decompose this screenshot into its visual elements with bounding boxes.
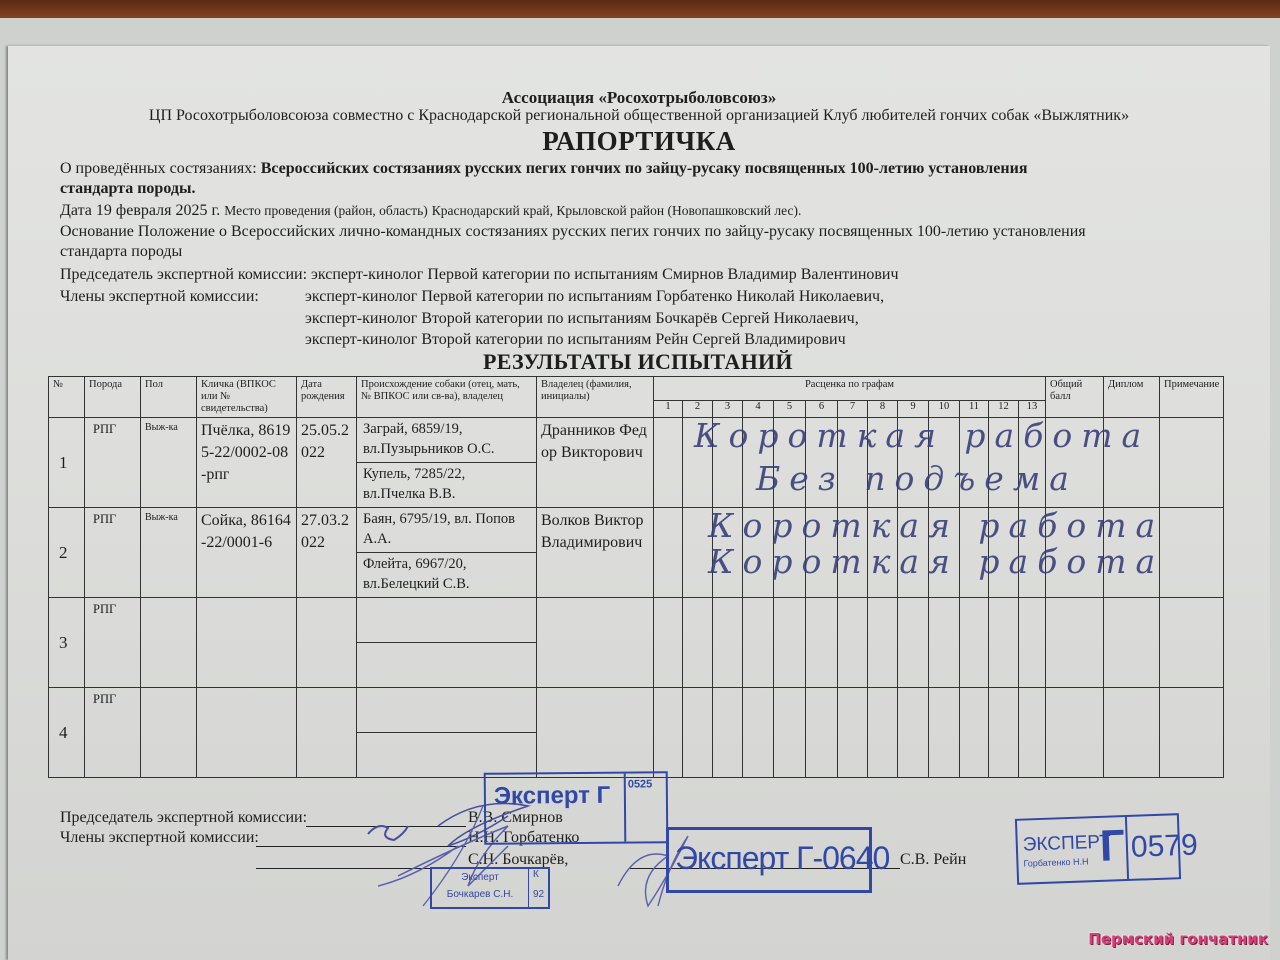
grade-column-number: 12 [989,400,1019,417]
cell-grade [654,508,683,598]
chairman-value: эксперт-кинолог Первой категории по испы… [311,266,899,283]
cell-total [1046,688,1104,778]
header-row: № Порода Пол Кличка (ВПКОС или № свидете… [49,377,1224,401]
stamp-0579-number: 0579 [1125,815,1199,879]
cell-sire [357,688,537,733]
cell-notes [1160,598,1224,688]
grade-column-number: 8 [868,400,898,417]
cell-grade [806,688,838,778]
place-label: Место проведения (район, область) [224,203,427,218]
cell-sex: Выж-ка [141,418,197,508]
stamp-k92-line1: Эксперт [440,872,520,883]
cell-birth-date: 25.05.2022 [297,418,357,508]
cell-row-number: 1 [49,418,85,508]
grade-column-number: 4 [743,400,774,417]
cell-sex [141,688,197,778]
cell-grade [713,598,743,688]
grade-column-number: 13 [1019,400,1046,417]
cell-grade [774,598,806,688]
table-row: 3РПГ [49,598,1224,643]
col-header-notes: Примечание [1160,377,1224,418]
grade-column-number: 7 [838,400,868,417]
member-2: эксперт-кинолог Второй категории по испы… [305,310,859,328]
event-label: О проведённых состязаниях: [60,160,257,177]
cell-sire: Заграй, 6859/19, вл.Пузырьников О.С. [357,418,537,463]
col-header-sex: Пол [141,377,197,418]
grade-column-number: 3 [713,400,743,417]
handwritten-note-row1-line2: Без подъема [756,459,1078,498]
cell-row-number: 4 [49,688,85,778]
event-name-cont: стандарта породы. [60,180,195,198]
cell-dog-name [197,598,297,688]
cell-grade [683,598,713,688]
sign-members-label: Члены экспертной комиссии: [60,829,259,847]
member-3: эксперт-кинолог Второй категории по испы… [305,331,846,349]
results-heading: РЕЗУЛЬТАТЫ ИСПЫТАНИЙ [483,349,793,375]
handwritten-note-row2-line2: Короткая работа [708,542,1164,581]
basis-line: Основание Положение о Всероссийских личн… [60,223,1086,241]
stamp-expert-k92: Эксперт Бочкарев С.Н. К 92 [430,867,550,909]
cell-owner: Дранников Федор Викторович [537,418,654,508]
cell-grade [654,688,683,778]
stamp-0525-number: 0525 [624,773,653,841]
col-header-owner: Владелец (фамилия, инициалы) [537,377,654,418]
cell-grade [929,688,960,778]
chairman-line: Председатель экспертной комиссии: экспер… [60,266,899,284]
stamp-0579-line1: ЭКСПЕРТ [1022,832,1111,857]
cell-dog-name: Пчёлка, 86195-22/0002-08-рпг [197,418,297,508]
cell-grade [868,598,898,688]
date-place-line: Дата 19 февраля 2025 г. Место проведения… [60,202,801,220]
cell-dog-name: Сойка, 86164-22/0001-6 [197,508,297,598]
organization-subtitle: ЦП Росохотрыболовсоюза совместно с Красн… [8,107,1270,125]
stamp-k92-letter: К [528,869,539,907]
stamp-expert-0525: Эксперт Г 0525 [484,771,669,845]
cell-dam: Флейта, 6967/20, вл.Белецкий С.В. [357,553,537,598]
member-1: эксперт-кинолог Первой категории по испы… [305,288,884,306]
grade-column-number: 5 [774,400,806,417]
cell-dog-name [197,688,297,778]
grade-column-number: 2 [683,400,713,417]
cell-owner [537,598,654,688]
cell-birth-date [297,688,357,778]
cell-grade [683,688,713,778]
cell-grade [774,688,806,778]
chairman-label: Председатель экспертной комиссии: [60,266,307,283]
cell-grade [654,418,683,508]
cell-grade [838,688,868,778]
cell-sire [357,598,537,643]
association-title: Ассоциация «Росохотрыболовсоюз» [8,88,1270,108]
cell-notes [1160,508,1224,598]
cell-grade [743,688,774,778]
report-sheet: Ассоциация «Росохотрыболовсоюз» ЦП Росох… [8,46,1270,960]
cell-owner [537,688,654,778]
cell-grade [806,598,838,688]
cell-row-number: 3 [49,598,85,688]
cell-grade [989,598,1019,688]
cell-grade [898,598,929,688]
cell-grade [868,688,898,778]
stamp-0579-line2: Горбатенко Н.Н [1023,856,1088,868]
cell-grade [989,688,1019,778]
event-name: Всероссийских состязаниях русских пегих … [261,160,1028,177]
cell-sex [141,598,197,688]
sign-name-rein: С.В. Рейн [900,851,966,869]
col-header-origin: Происхождение собаки (отец, мать, № ВПКО… [357,377,537,418]
watermark: Пермский гончатник [1088,930,1268,948]
handwritten-note-row1-line1: Короткая работа [694,416,1150,455]
cell-birth-date: 27.03.2022 [297,508,357,598]
cell-grade [838,598,868,688]
col-header-total: Общий балл [1046,377,1104,418]
grade-column-number: 10 [929,400,960,417]
handwritten-note-row2-line1: Короткая работа [708,506,1164,545]
col-header-grades: Расценка по графам [654,377,1046,401]
cell-owner: Волков Виктор Владимирович [537,508,654,598]
sign-chairman-label: Председатель экспертной комиссии: [60,809,307,827]
table-row: 4РПГ [49,688,1224,733]
grade-column-number: 6 [806,400,838,417]
cell-dam [357,643,537,688]
col-header-breed: Порода [85,377,141,418]
cell-grade [960,688,989,778]
stamp-0525-text: Эксперт Г [494,782,611,811]
cell-grade [743,598,774,688]
cell-breed: РПГ [85,508,141,598]
cell-notes [1160,688,1224,778]
date-label: Дата [60,202,92,219]
cell-grade [1019,688,1046,778]
cell-row-number: 2 [49,508,85,598]
stamp-expert-0579: ЭКСПЕРТ Горбатенко Н.Н Г 0579 [1015,813,1181,885]
place-value: Краснодарский край, Крыловской район (Но… [432,203,802,218]
cell-notes [1160,418,1224,508]
cell-dam: Купель, 7285/22, вл.Пчелка В.В. [357,463,537,508]
col-header-name: Кличка (ВПКОС или № свидетельства) [197,377,297,418]
cell-sire: Баян, 6795/19, вл. Попов А.А. [357,508,537,553]
basis-line-cont: стандарта породы [60,243,182,261]
cell-total [1046,598,1104,688]
stamp-0640-text: Эксперт Г-0640 [675,840,889,877]
cell-diploma [1104,598,1160,688]
cell-grade [960,598,989,688]
grade-column-number: 9 [898,400,929,417]
cell-birth-date [297,598,357,688]
cell-grade [929,598,960,688]
cell-grade [1019,598,1046,688]
col-header-no: № [49,377,85,418]
cell-breed: РПГ [85,418,141,508]
cell-diploma [1104,688,1160,778]
cell-grade [654,598,683,688]
cell-sex: Выж-ка [141,508,197,598]
document-title: РАПОРТИЧКА [8,126,1270,157]
stamp-k92-number: 92 [533,889,544,900]
date-value: 19 февраля 2025 г. [96,202,220,219]
stamp-expert-0640: Эксперт Г-0640 [666,827,872,893]
grade-column-number: 1 [654,400,683,417]
cell-breed: РПГ [85,598,141,688]
col-header-diploma: Диплом [1104,377,1160,418]
stamp-0579-letter: Г [1099,819,1126,874]
stamp-k92-line2: Бочкарев С.Н. [440,889,520,900]
col-header-birth: Дата рождения [297,377,357,418]
grade-column-number: 11 [960,400,989,417]
event-line: О проведённых состязаниях: Всероссийских… [60,160,1027,178]
members-label: Члены экспертной комиссии: [60,288,259,306]
cell-breed: РПГ [85,688,141,778]
cell-grade [898,688,929,778]
cell-grade [713,688,743,778]
